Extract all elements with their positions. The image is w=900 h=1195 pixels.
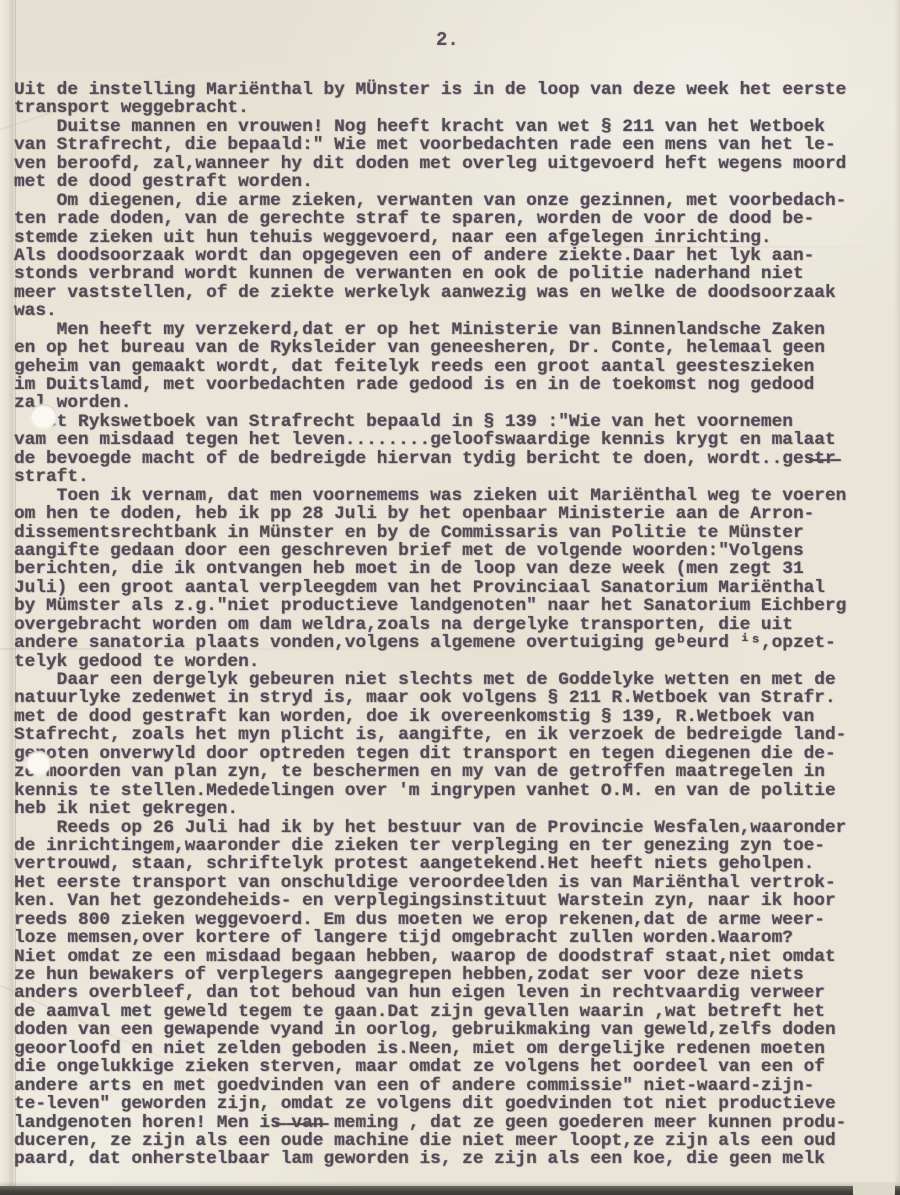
text-line: straft.: [14, 468, 890, 486]
text-line: heb ik niet gekregen.: [14, 800, 890, 818]
scan-bottom-edge: [0, 1186, 900, 1195]
text-line: andere sanatoria plaats vonden,volgens a…: [14, 634, 890, 652]
text-line: ten rade doden, van de gerechte straf te…: [14, 210, 890, 228]
text-line: im Duitslamd, met voorbedachten rade ged…: [14, 376, 890, 394]
text-line: was.: [14, 302, 890, 320]
text-line: Men heeft my verzekerd,dat er op het Min…: [14, 321, 890, 339]
text-line: te-leven" geworden zijn, omdat ze volgen…: [14, 1095, 890, 1113]
page-number: 2.: [436, 29, 459, 51]
text-line: ze hun bewakers of verplegers aangegrepe…: [14, 966, 890, 984]
text-line: Het eerste transport van onschuldige ver…: [14, 874, 890, 892]
text-line: ze moorden van plan zyn, te beschermen e…: [14, 763, 890, 781]
text-line: natuurlyke zedenwet in stryd is, maar oo…: [14, 689, 890, 707]
text-line: Toen ik vernam, dat men voornemems was z…: [14, 487, 890, 505]
text-line: met de dood gestraft worden.: [14, 173, 890, 191]
scanned-typewritten-page: 2. Uit de instelling Mariënthal by MÜnst…: [0, 0, 900, 1195]
text-line: genoten onverwyld door optreden tegen di…: [14, 745, 890, 763]
text-line: transport weggebracht.: [14, 99, 890, 117]
text-line: paard, dat onherstelbaar lam geworden is…: [14, 1150, 890, 1168]
text-line: stonds verbrand wordt kunnen de verwante…: [14, 265, 890, 283]
text-line: de inrichtingem,waaronder die zieken ter…: [14, 837, 890, 855]
text-line: zal worden.: [14, 394, 890, 412]
text-line: kennis te stellen.Mededelingen over 'm i…: [14, 782, 890, 800]
text-line: Het Rykswetboek van Strafrecht bepaald i…: [14, 413, 890, 431]
text-line: ven beroofd, zal,wanneer hy dit doden me…: [14, 155, 890, 173]
text-line: van Strafrecht, die bepaald:" Wie met vo…: [14, 136, 890, 154]
text-line: reeds 800 zieken weggevoerd. Em dus moet…: [14, 911, 890, 929]
text-line: anders overbleef, dan tot behoud van hun…: [14, 984, 890, 1002]
text-line: berichten, die ik ontvangen heb moet in …: [14, 560, 890, 578]
text-line: Juli) een groot aantal verpleegdem van h…: [14, 579, 890, 597]
text-line: om hen te doden, heb ik pp 28 Juli by he…: [14, 505, 890, 523]
text-line: en op het bureau van de Ryksleider van g…: [14, 339, 890, 357]
text-line: Daar een dergelyk gebeuren niet slechts …: [14, 671, 890, 689]
text-line: by Mümster als z.g."niet productieve lan…: [14, 597, 890, 615]
scan-bottom-edge-gap: [853, 1184, 895, 1195]
text-line: vertrouwd, staan, schriftelyk protest aa…: [14, 855, 890, 873]
text-line: dissementsrechtbank in Münster en by de …: [14, 524, 890, 542]
text-line: de aamval met geweld tegem te gaan.Dat z…: [14, 1003, 890, 1021]
text-line: telyk gedood te worden.: [14, 653, 890, 671]
text-line: geoorloofd en niet zelden geboden is.Nee…: [14, 1040, 890, 1058]
text-line: Uit de instelling Mariënthal by MÜnster …: [14, 81, 890, 99]
text-line: vam een misdaad tegen het leven........g…: [14, 431, 890, 449]
text-line: stemde zieken uit hun tehuis weggevoerd,…: [14, 229, 890, 247]
text-line: overgebracht worden om dam weldra,zoals …: [14, 616, 890, 634]
text-line: geheim van gemaakt wordt, dat feitelyk r…: [14, 358, 890, 376]
text-line: met de dood gestraft kan worden, doe ik …: [14, 708, 890, 726]
text-line: doden van een gewapende vyand in oorlog,…: [14, 1021, 890, 1039]
text-line: ken. Van het gezondeheids- en verpleging…: [14, 892, 890, 910]
text-line: Als doodsoorzaak wordt dan opgegeven een…: [14, 247, 890, 265]
paper-right-edge: [894, 0, 900, 1195]
typewritten-text-block: Uit de instelling Mariënthal by MÜnster …: [14, 81, 890, 1169]
text-line: Stafrecht, zoals het myn plicht is, aang…: [14, 726, 890, 744]
text-line: die ongelukkige zieken sterven, maar omd…: [14, 1058, 890, 1076]
text-line: loze memsen,over kortere of langere tijd…: [14, 929, 890, 947]
punch-hole: [30, 404, 57, 429]
text-line: Niet omdat ze een misdaad begaan hebben,…: [14, 948, 890, 966]
punch-hole: [26, 751, 51, 775]
text-line: Duitse mannen en vrouwen! Nog heeft krac…: [14, 118, 890, 136]
text-line: landgenoten horen! Men is̶ ̶v̶a̶n̶ memin…: [14, 1114, 890, 1132]
text-line: meer vaststellen, of de ziekte werkelyk …: [14, 284, 890, 302]
text-line: duceren, ze zijn als een oude machine di…: [14, 1132, 890, 1150]
text-line: Reeds op 26 Juli had ik by het bestuur v…: [14, 819, 890, 837]
text-line: andere arts en met goedvinden van een of…: [14, 1077, 890, 1095]
text-line: de bevoegde macht of de bedreigde hierva…: [14, 450, 890, 468]
text-line: Om diegenen, die arme zieken, verwanten …: [14, 192, 890, 210]
text-line: aangifte gedaan door een geschreven brie…: [14, 542, 890, 560]
